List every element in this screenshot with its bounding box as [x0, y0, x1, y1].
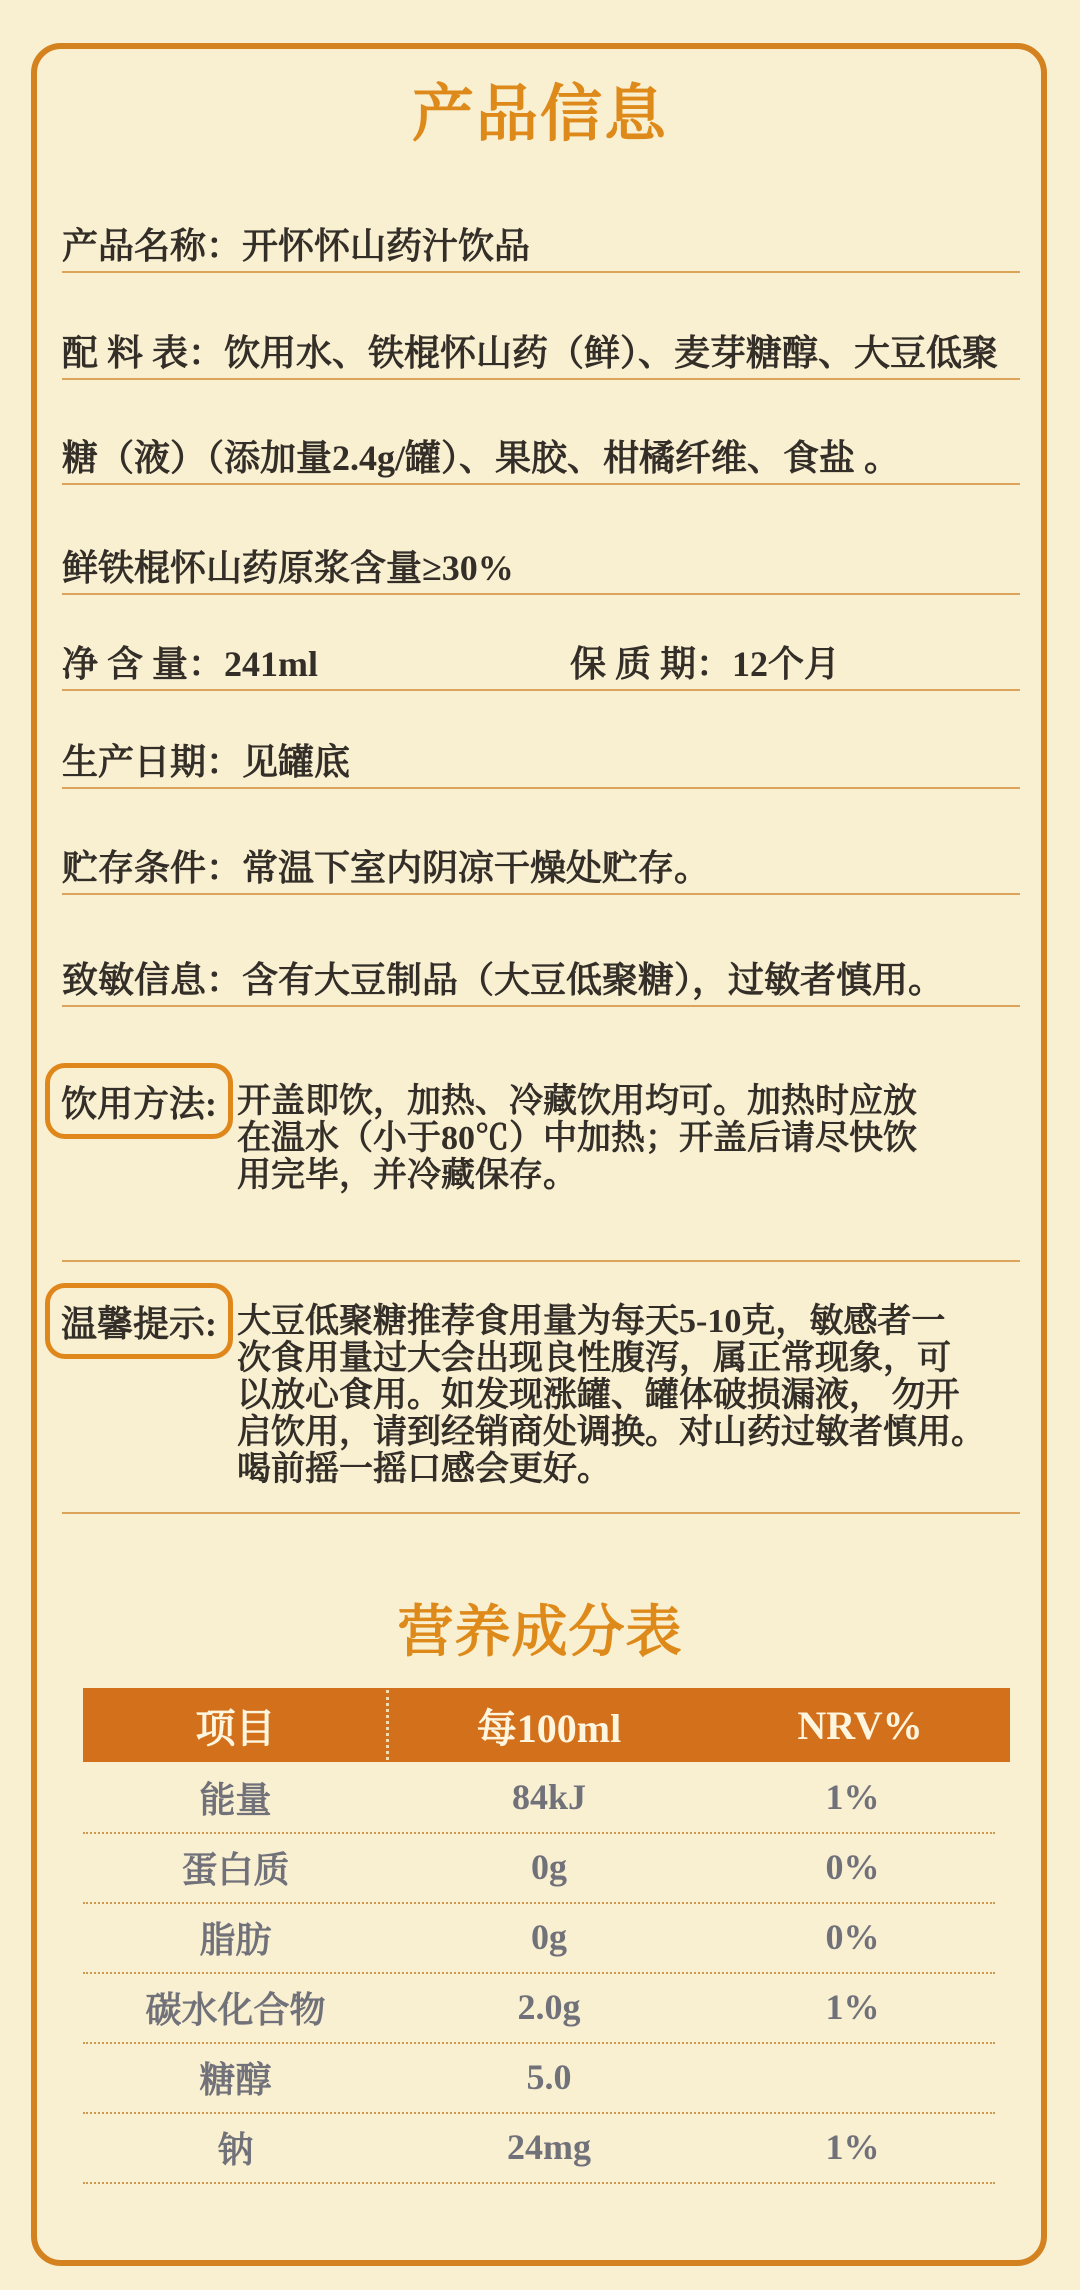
cell-per100ml: 0g [388, 1916, 710, 1958]
nutrition-row-energy: 能量 84kJ 1% [83, 1762, 995, 1834]
section-divider [62, 1260, 1020, 1262]
drinking-method-line: 在温水（小于80℃）中加热；开盖后请尽快饮 [237, 1120, 917, 1157]
nutrition-row-sodium: 钠 24mg 1% [83, 2112, 995, 2184]
ingredients-row-line1: 配 料 表：饮用水、铁棍怀山药（鲜）、麦芽糖醇、大豆低聚 [62, 332, 1020, 380]
cell-item: 脂肪 [83, 1912, 388, 1963]
tips-line: 次食用量过大会出现良性腹泻，属正常现象，可 [237, 1340, 985, 1377]
tips-line: 启饮用，请到经销商处调换。对山药过敏者慎用。 [237, 1414, 985, 1451]
header-cell-item: 项目 [83, 1697, 388, 1754]
nutrition-row-carbohydrate: 碳水化合物 2.0g 1% [83, 1972, 995, 2044]
ingredients-label: 配 料 表： [62, 333, 224, 373]
tips-badge: 温馨提示: [45, 1283, 233, 1359]
product-name-row: 产品名称：开怀怀山药汁饮品 [62, 225, 1020, 273]
cell-item: 钠 [83, 2122, 388, 2173]
product-name-label: 产品名称： [62, 226, 242, 266]
page-title: 产品信息 [0, 80, 1080, 150]
cell-nrv: 1% [710, 2126, 995, 2168]
cell-nrv: 0% [710, 1846, 995, 1888]
cell-nrv: 0% [710, 1916, 995, 1958]
nutrition-row-sugar-alcohol: 糖醇 5.0 [83, 2042, 995, 2114]
net-content-label: 净 含 量： [62, 644, 224, 684]
puree-content-text: 鲜铁棍怀山药原浆含量≥30% [62, 548, 514, 588]
storage-row: 贮存条件：常温下室内阴凉干燥处贮存。 [62, 847, 1020, 895]
drinking-method-badge: 饮用方法: [45, 1063, 233, 1139]
cell-per100ml: 84kJ [388, 1776, 710, 1818]
cell-item: 糖醇 [83, 2052, 388, 2103]
product-info-page: 产品信息 产品名称：开怀怀山药汁饮品 配 料 表：饮用水、铁棍怀山药（鲜）、麦芽… [0, 0, 1080, 2290]
drinking-method-text: 开盖即饮，加热、冷藏饮用均可。加热时应放 在温水（小于80℃）中加热；开盖后请尽… [237, 1083, 917, 1194]
ingredients-value-line2: 糖（液）（添加量2.4g/罐）、果胶、柑橘纤维、食盐 。 [62, 438, 900, 478]
header-cell-per100ml: 每100ml [388, 1697, 710, 1754]
drinking-method-label: 饮用方法: [61, 1076, 217, 1127]
product-name-value: 开怀怀山药汁饮品 [242, 226, 530, 266]
cell-nrv: 1% [710, 1986, 995, 2028]
allergen-label: 致敏信息： [62, 960, 242, 1000]
net-content-shelf-life-row: 净 含 量：241ml 保 质 期：12个月 [62, 643, 1020, 691]
tips-text: 大豆低聚糖推荐食用量为每天5-10克，敏感者一 次食用量过大会出现良性腹泻，属正… [237, 1303, 985, 1488]
allergen-value: 含有大豆制品（大豆低聚糖），过敏者慎用。 [242, 960, 944, 1000]
cell-item: 蛋白质 [83, 1842, 388, 1893]
nutrition-table-title: 营养成分表 [0, 1600, 1080, 1666]
header-cell-nrv: NRV% [710, 1702, 1010, 1749]
ingredients-row-line2: 糖（液）（添加量2.4g/罐）、果胶、柑橘纤维、食盐 。 [62, 437, 1020, 485]
tips-label: 温馨提示: [61, 1296, 217, 1347]
nutrition-table-header: 项目 每100ml NRV% [83, 1688, 1010, 1762]
allergen-row: 致敏信息：含有大豆制品（大豆低聚糖），过敏者慎用。 [62, 959, 1020, 1007]
drinking-method-line: 开盖即饮，加热、冷藏饮用均可。加热时应放 [237, 1083, 917, 1120]
storage-value: 常温下室内阴凉干燥处贮存。 [242, 848, 710, 888]
ingredients-value-line1: 饮用水、铁棍怀山药（鲜）、麦芽糖醇、大豆低聚 [224, 333, 998, 373]
production-date-row: 生产日期：见罐底 [62, 741, 1020, 789]
cell-per100ml: 2.0g [388, 1986, 710, 2028]
net-content-value: 241ml [224, 644, 318, 684]
nutrition-row-protein: 蛋白质 0g 0% [83, 1832, 995, 1904]
cell-per100ml: 5.0 [388, 2056, 710, 2098]
production-date-value: 见罐底 [242, 742, 350, 782]
shelf-life-pair: 保 质 期：12个月 [570, 643, 840, 685]
drinking-method-line: 用完毕，并冷藏保存。 [237, 1157, 917, 1194]
shelf-life-value: 12个月 [732, 644, 840, 684]
section-divider [62, 1512, 1020, 1514]
cell-item: 能量 [83, 1772, 388, 1823]
cell-nrv: 1% [710, 1776, 995, 1818]
header-column-separator [386, 1690, 389, 1760]
cell-per100ml: 24mg [388, 2126, 710, 2168]
tips-line: 喝前摇一摇口感会更好。 [237, 1451, 985, 1488]
nutrition-row-fat: 脂肪 0g 0% [83, 1902, 995, 1974]
puree-content-row: 鲜铁棍怀山药原浆含量≥30% [62, 547, 1020, 595]
storage-label: 贮存条件： [62, 848, 242, 888]
production-date-label: 生产日期： [62, 742, 242, 782]
tips-line: 大豆低聚糖推荐食用量为每天5-10克，敏感者一 [237, 1303, 985, 1340]
cell-item: 碳水化合物 [83, 1982, 388, 2033]
cell-per100ml: 0g [388, 1846, 710, 1888]
tips-line: 以放心食用。如发现涨罐、罐体破损漏液， 勿开 [237, 1377, 985, 1414]
shelf-life-label: 保 质 期： [570, 644, 732, 684]
